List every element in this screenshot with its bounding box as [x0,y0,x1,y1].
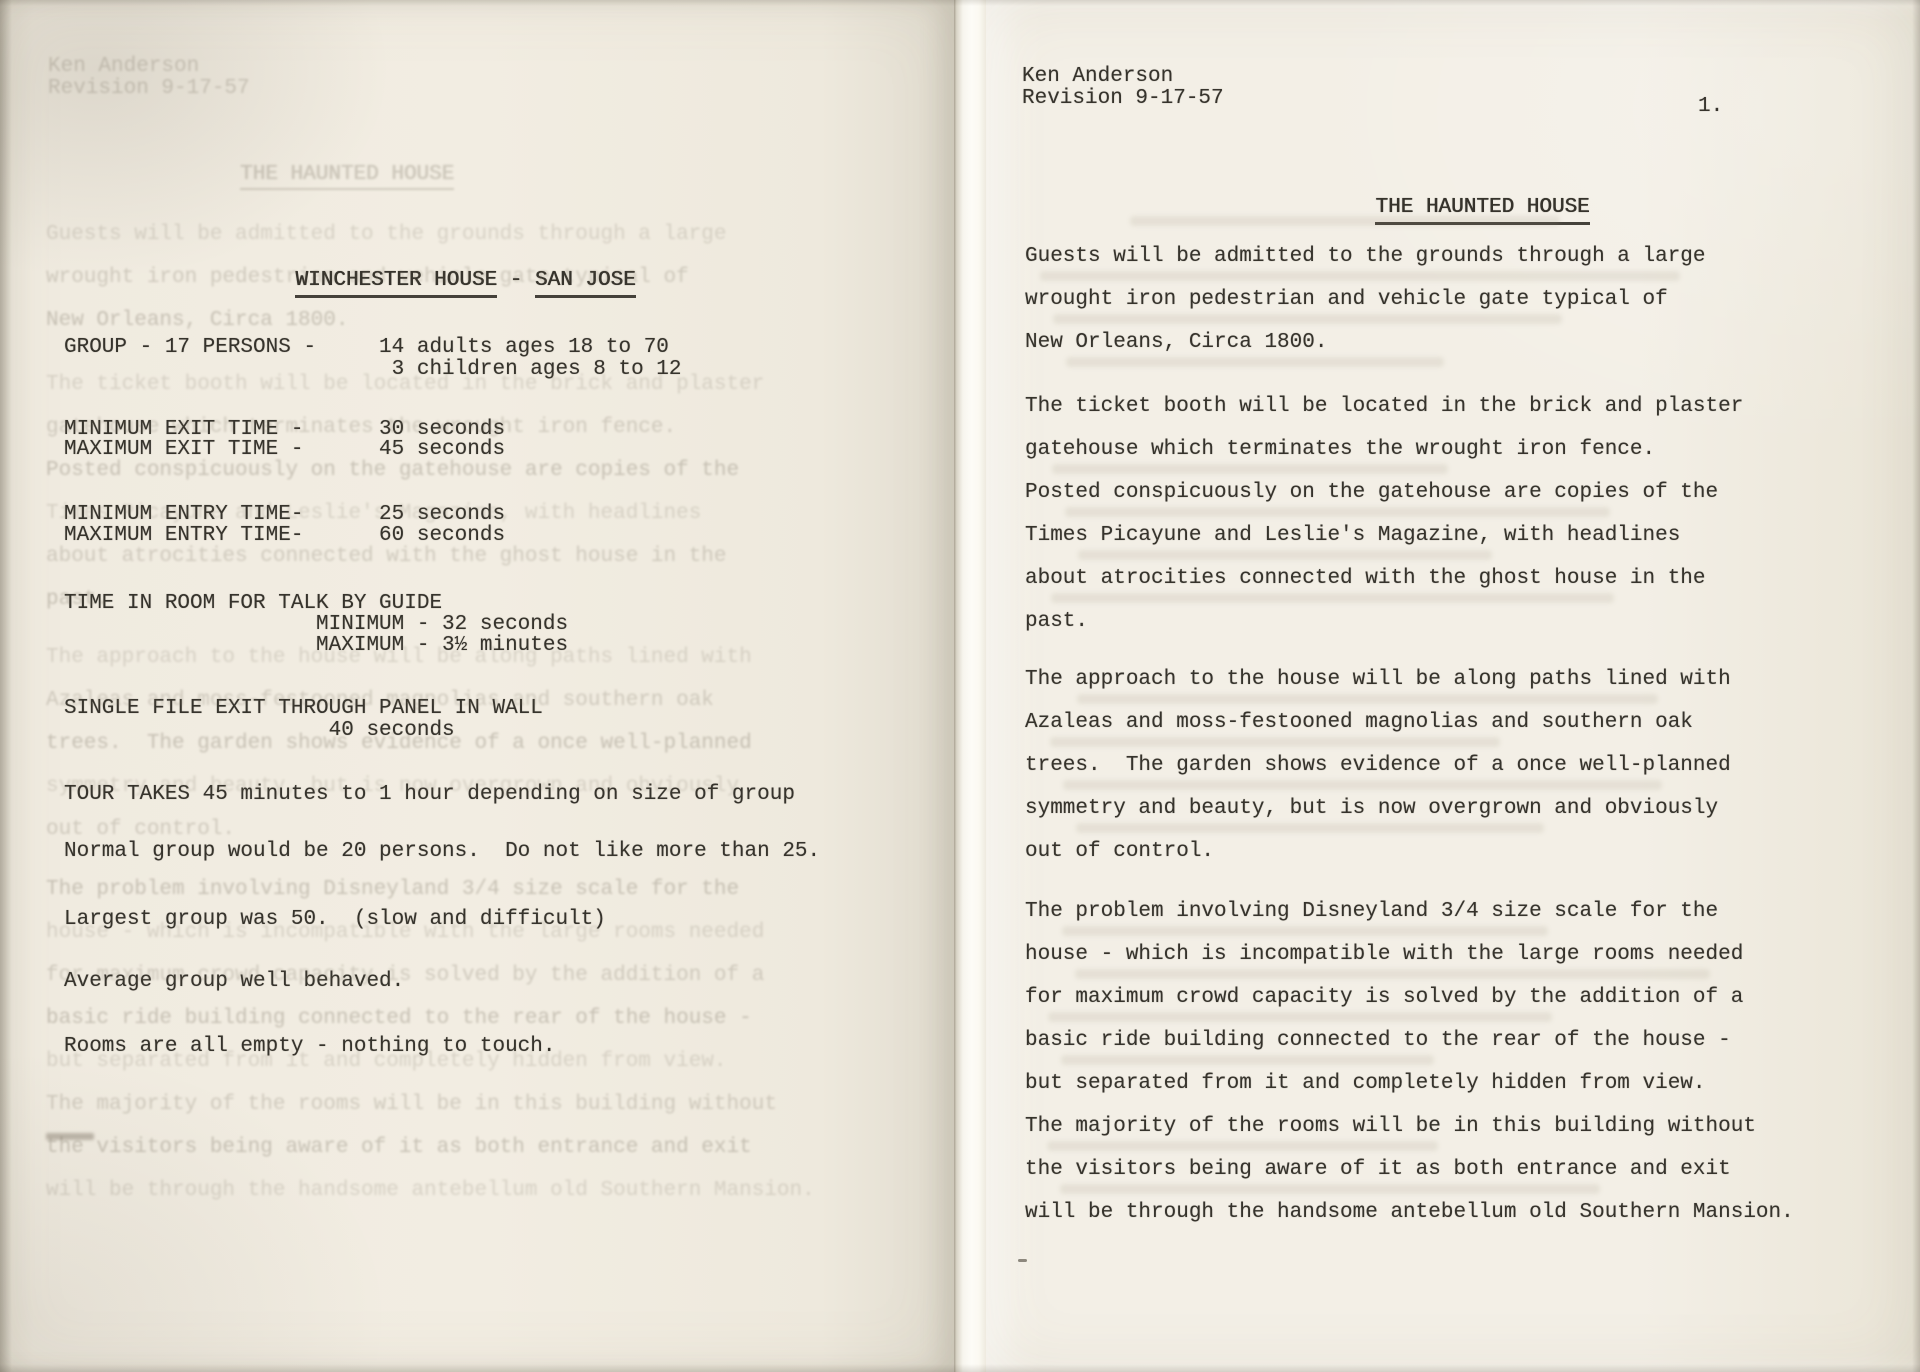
typed-line: symmetry and beauty, but is now overgrow… [1025,798,1718,819]
typed-line: Azaleas and moss-festooned magnolias and… [1025,712,1693,733]
scanned-document: Ken Anderson Revision 9-17-57 1. THE HAU… [0,0,1920,1372]
bleedthrough-line: wrought iron pedestrian and vehicle gate… [46,267,689,288]
typed-line: Guests will be admitted to the grounds t… [1025,246,1706,267]
bleedthrough-bar [1065,507,1610,517]
typed-line: out of control. [1025,841,1214,862]
stray-ink-dot [1018,1259,1027,1262]
typed-line: TIME IN ROOM FOR TALK BY GUIDE [64,593,442,614]
typed-line: Posted conspicuously on the gatehouse ar… [1025,482,1718,503]
typed-line: New Orleans, Circa 1800. [1025,332,1327,353]
bleedthrough-bar [1066,357,1444,367]
bleedthrough-line: trees. The garden shows evidence of a on… [46,733,752,754]
bleedthrough-bar [1053,314,1562,324]
bleedthrough-bar [1063,780,1662,790]
bleedthrough-bar [1048,1012,1552,1022]
bleedthrough-line: symmetry and beauty, but is now overgrow… [46,776,739,797]
bleedthrough-line: Azaleas and moss-festooned magnolias and… [46,690,714,711]
typed-line: basic ride building connected to the rea… [1025,1030,1731,1051]
author-line: Ken Anderson [1022,66,1173,87]
typed-line: Times Picayune and Leslie's Magazine, wi… [1025,525,1680,546]
bleedthrough-line: The majority of the rooms will be in thi… [46,1094,777,1115]
bleedthrough-bar [1060,1184,1600,1194]
typed-line: wrought iron pedestrian and vehicle gate… [1025,289,1668,310]
typed-line: will be through the handsome antebellum … [1025,1202,1794,1223]
bleedthrough-line: Guests will be admitted to the grounds t… [46,224,727,245]
bleedthrough-bar [1077,694,1658,704]
bleedthrough-bar [1040,271,1680,281]
typed-line: Normal group would be 20 persons. Do not… [64,841,820,862]
bleedthrough-bar [1130,216,1560,226]
bleedthrough-bar [1076,823,1544,833]
revision-line: Revision 9-17-57 [1022,88,1224,109]
bleedthrough-bar [1050,737,1500,747]
typed-line: gatehouse which terminates the wrought i… [1025,439,1655,460]
typed-line: but separated from it and completely hid… [1025,1073,1706,1094]
bleedthrough-line: Times Picayune and Leslie's Magazine, wi… [46,503,701,524]
bleedthrough-bar [1075,969,1710,979]
typed-line: MAXIMUM EXIT TIME - 45 seconds [64,439,505,460]
bleedthrough-title: THE HAUNTED HOUSE [240,164,454,190]
typed-line: The majority of the rooms will be in thi… [1025,1116,1756,1137]
typed-line: house - which is incompatible with the l… [1025,944,1743,965]
bleedthrough-line: Posted conspicuously on the gatehouse ar… [46,460,739,481]
typed-line: trees. The garden shows evidence of a on… [1025,755,1731,776]
bleedthrough-bar [1061,1055,1434,1065]
bleedthrough-bar [1051,593,1614,603]
bleedthrough-line: out of control. [46,819,235,840]
bleedthrough-line: about atrocities connected with the ghos… [46,546,727,567]
bleedthrough-line: gatehouse which terminates the wrought i… [46,417,676,438]
bleedthrough-line: for maximum crowd capacity is solved by … [46,965,764,986]
scan-edge-bottom [0,1364,1920,1372]
right-page-title: THE HAUNTED HOUSE [1325,176,1590,239]
typed-line: The ticket booth will be located in the … [1025,396,1743,417]
bleedthrough-line: will be through the handsome antebellum … [46,1180,815,1201]
bleedthrough-line: Revision 9-17-57 [48,78,250,99]
bleedthrough-line: Ken Anderson [48,56,199,77]
left-page [0,0,954,1372]
typed-line: about atrocities connected with the ghos… [1025,568,1706,589]
bleedthrough-line: past. [46,589,109,610]
typed-line: for maximum crowd capacity is solved by … [1025,987,1743,1008]
bleedthrough-line: the visitors being aware of it as both e… [46,1137,752,1158]
bleedthrough-bar [1062,926,1548,936]
typed-line: The approach to the house will be along … [1025,669,1731,690]
bleedthrough-line: house - which is incompatible with the l… [46,922,764,943]
bleedthrough-line: The problem involving Disneyland 3/4 siz… [46,879,739,900]
page-number: 1. [1698,96,1723,117]
scan-edge-top [0,0,1920,6]
bleedthrough-line: New Orleans, Circa 1800. [46,310,348,331]
bleedthrough-line: The ticket booth will be located in the … [46,374,764,395]
bleedthrough-bar [1047,1141,1438,1151]
bleedthrough-line: but separated from it and completely hid… [46,1051,727,1072]
typed-line: MAXIMUM ENTRY TIME- 60 seconds [64,525,505,546]
typed-line: GROUP - 17 PERSONS - 14 adults ages 18 t… [64,337,669,358]
typed-line: MINIMUM - 32 seconds [64,614,568,635]
typed-line: the visitors being aware of it as both e… [1025,1159,1731,1180]
bleedthrough-bar [1078,550,1492,560]
bleedthrough-line: basic ride building connected to the rea… [46,1008,752,1029]
typed-line: past. [1025,611,1088,632]
typed-line: The problem involving Disneyland 3/4 siz… [1025,901,1718,922]
page-gap [954,0,986,1372]
bleedthrough-line: The approach to the house will be along … [46,647,752,668]
bleedthrough-bar [1052,464,1448,474]
